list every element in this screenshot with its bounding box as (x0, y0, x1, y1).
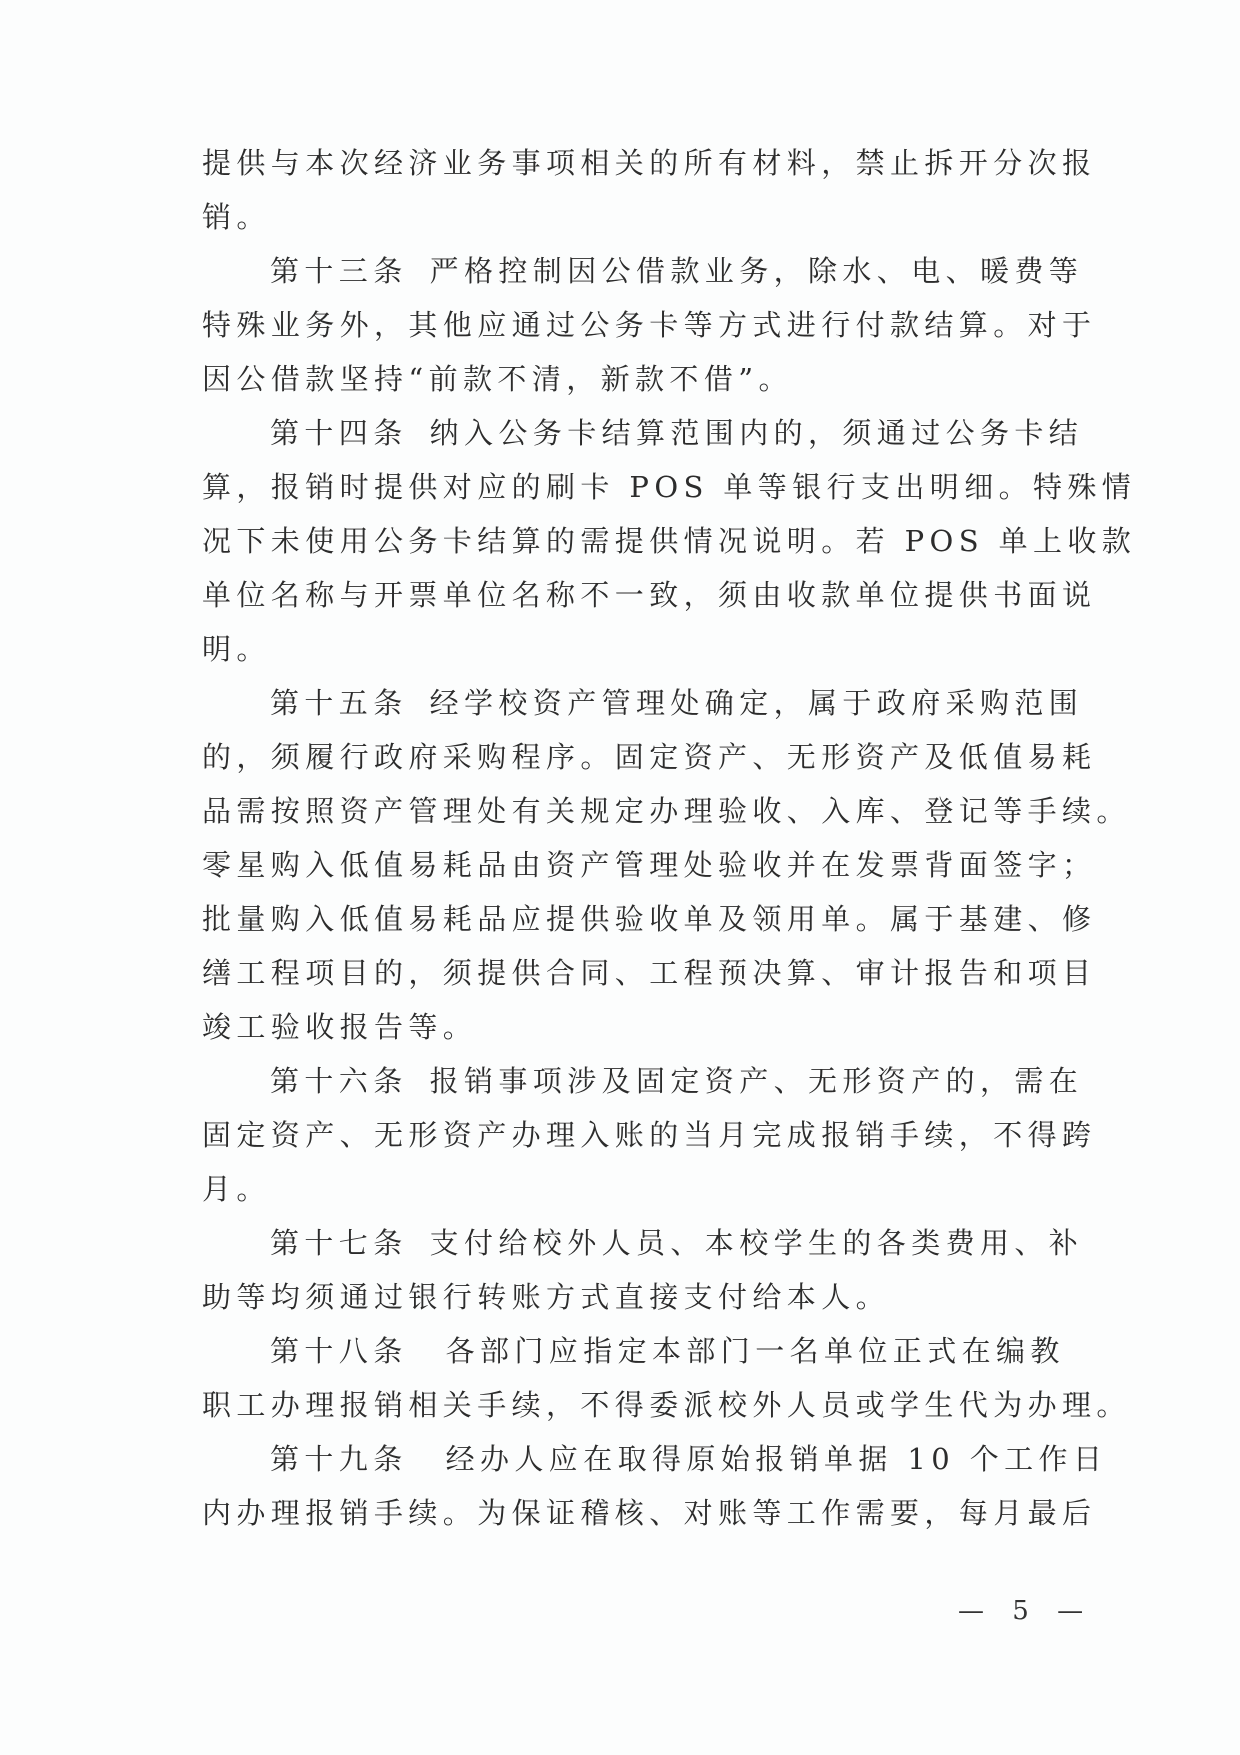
text-line: 内办理报销手续。为保证稽核、对账等工作需要，每月最后 (202, 1493, 1096, 1533)
article-17: 第十七条支付给校外人员、本校学生的各类费用、补 (270, 1223, 1083, 1263)
text-line: 零星购入低值易耗品由资产管理处验收并在发票背面签字； (202, 845, 1096, 885)
text-line: 况下未使用公务卡结算的需提供情况说明。若 POS 单上收款 (202, 521, 1136, 561)
text-line: 的，须履行政府采购程序。固定资产、无形资产及低值易耗 (202, 737, 1096, 777)
article-text: 报销事项涉及固定资产、无形资产的，需在 (430, 1064, 1084, 1098)
article-text: 各部门应指定本部门一名单位正式在编教 (446, 1334, 1065, 1368)
text-line: 因公借款坚持“前款不清，新款不借”。 (202, 359, 793, 399)
page-number: — 5 — (958, 1596, 1093, 1626)
document-page: 提供与本次经济业务事项相关的所有材料，禁止拆开分次报 销。 第十三条严格控制因公… (0, 0, 1240, 1755)
article-number: 第十三条 (270, 254, 408, 288)
text-line: 职工办理报销相关手续，不得委派校外人员或学生代为办理。 (202, 1385, 1131, 1425)
text-line: 缮工程项目的，须提供合同、工程预决算、审计报告和项目 (202, 953, 1096, 993)
article-19: 第十九条经办人应在取得原始报销单据 10 个工作日 (270, 1439, 1107, 1479)
article-number: 第十九条 (270, 1442, 408, 1476)
text-line: 算，报销时提供对应的刷卡 POS 单等银行支出明细。特殊情 (202, 467, 1136, 507)
text-line: 单位名称与开票单位名称不一致，须由收款单位提供书面说 (202, 575, 1096, 615)
article-text: 纳入公务卡结算范围内的，须通过公务卡结 (430, 416, 1084, 450)
text-line: 月。 (202, 1169, 271, 1209)
article-16: 第十六条报销事项涉及固定资产、无形资产的，需在 (270, 1061, 1083, 1101)
text-line: 竣工验收报告等。 (202, 1007, 477, 1047)
article-number: 第十八条 (270, 1334, 408, 1368)
text-line: 固定资产、无形资产办理入账的当月完成报销手续，不得跨 (202, 1115, 1096, 1155)
article-14: 第十四条纳入公务卡结算范围内的，须通过公务卡结 (270, 413, 1083, 453)
article-text: 经办人应在取得原始报销单据 10 个工作日 (446, 1442, 1108, 1476)
article-number: 第十四条 (270, 416, 408, 450)
text-line: 品需按照资产管理处有关规定办理验收、入库、登记等手续。 (202, 791, 1131, 831)
text-line: 销。 (202, 197, 271, 237)
article-text: 严格控制因公借款业务，除水、电、暖费等 (430, 254, 1084, 288)
text-line: 特殊业务外，其他应通过公务卡等方式进行付款结算。对于 (202, 305, 1096, 345)
article-text: 支付给校外人员、本校学生的各类费用、补 (430, 1226, 1084, 1260)
article-text: 经学校资产管理处确定，属于政府采购范围 (430, 686, 1084, 720)
text-line: 提供与本次经济业务事项相关的所有材料，禁止拆开分次报 (202, 143, 1096, 183)
article-15: 第十五条经学校资产管理处确定，属于政府采购范围 (270, 683, 1083, 723)
article-number: 第十六条 (270, 1064, 408, 1098)
article-18: 第十八条各部门应指定本部门一名单位正式在编教 (270, 1331, 1065, 1371)
text-line: 助等均须通过银行转账方式直接支付给本人。 (202, 1277, 890, 1317)
article-13: 第十三条严格控制因公借款业务，除水、电、暖费等 (270, 251, 1083, 291)
article-number: 第十七条 (270, 1226, 408, 1260)
text-line: 明。 (202, 629, 271, 669)
text-line: 批量购入低值易耗品应提供验收单及领用单。属于基建、修 (202, 899, 1096, 939)
article-number: 第十五条 (270, 686, 408, 720)
